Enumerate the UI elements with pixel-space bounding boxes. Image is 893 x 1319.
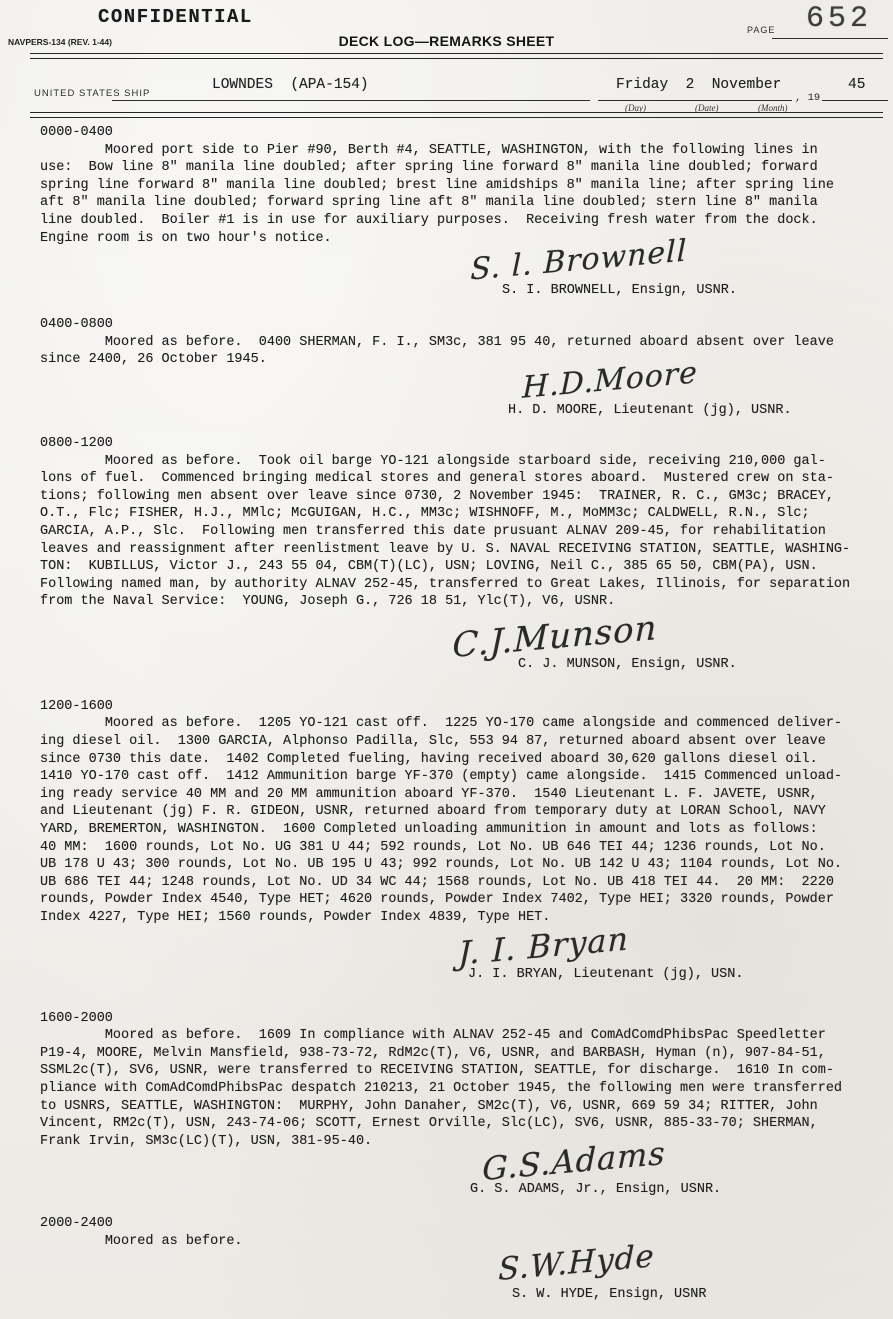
- signature-block: G.S.Adams G. S. ADAMS, Jr., Ensign, USNR…: [40, 1150, 875, 1215]
- log-entry-0800-1200: 0800-1200 Moored as before. Took oil bar…: [40, 435, 875, 698]
- signature-block: S. l. Brownell S. I. BROWNELL, Ensign, U…: [40, 247, 875, 316]
- signature-block: S.W.Hyde S. W. HYDE, Ensign, USNR: [40, 1251, 875, 1315]
- year-underline: [822, 100, 888, 101]
- header-rule-top: [30, 53, 883, 59]
- year-value: 45: [848, 77, 865, 93]
- year-prefix: , 19: [795, 92, 820, 104]
- entry-text: Moored as before. 1609 In compliance wit…: [40, 1027, 875, 1150]
- signature-typed: C. J. MUNSON, Ensign, USNR.: [518, 657, 737, 672]
- entry-time: 0400-0800: [40, 316, 875, 334]
- log-entry-1600-2000: 1600-2000 Moored as before. 1609 In comp…: [40, 1010, 875, 1216]
- header-rule-bottom: [30, 112, 883, 118]
- entry-text: Moored port side to Pier #90, Berth #4, …: [40, 142, 875, 248]
- ship-name: LOWNDES (APA-154): [212, 77, 369, 93]
- entry-text: Moored as before. 0400 SHERMAN, F. I., S…: [40, 334, 875, 369]
- document-title: DECK LOG—REMARKS SHEET: [0, 33, 893, 49]
- entry-text: Moored as before. Took oil barge YO-121 …: [40, 453, 875, 611]
- log-entry-2000-2400: 2000-2400 Moored as before. S.W.Hyde S. …: [40, 1215, 875, 1314]
- log-entry-0000-0400: 0000-0400 Moored port side to Pier #90, …: [40, 124, 875, 316]
- signature-typed: S. W. HYDE, Ensign, USNR: [512, 1287, 706, 1302]
- signature-block: H.D.Moore H. D. MOORE, Lieutenant (jg), …: [40, 369, 875, 435]
- entry-time: 1600-2000: [40, 1010, 875, 1028]
- log-entries: 0000-0400 Moored port side to Pier #90, …: [40, 124, 875, 1315]
- signature-typed: H. D. MOORE, Lieutenant (jg), USNR.: [508, 403, 792, 418]
- entry-time: 0800-1200: [40, 435, 875, 453]
- entry-text: Moored as before. 1205 YO-121 cast off. …: [40, 715, 875, 926]
- signature-block: J. I. Bryan J. I. BRYAN, Lieutenant (jg)…: [40, 927, 875, 1010]
- entry-time: 2000-2400: [40, 1215, 875, 1233]
- page-number-stamp: 652: [806, 2, 872, 36]
- entry-time: 0000-0400: [40, 124, 875, 142]
- signature-block: C.J.Munson C. J. MUNSON, Ensign, USNR.: [40, 611, 875, 698]
- signature-handwriting: J. I. Bryan: [458, 919, 629, 972]
- ship-name-underline: [112, 100, 590, 101]
- signature-typed: J. I. BRYAN, Lieutenant (jg), USN.: [468, 967, 743, 982]
- date-underline: [598, 100, 792, 101]
- classification-stamp: CONFIDENTIAL: [98, 6, 253, 28]
- log-entry-0400-0800: 0400-0800 Moored as before. 0400 SHERMAN…: [40, 316, 875, 435]
- signature-typed: S. I. BROWNELL, Ensign, USNR.: [502, 283, 737, 298]
- log-entry-1200-1600: 1200-1600 Moored as before. 1205 YO-121 …: [40, 698, 875, 1010]
- ship-label: UNITED STATES SHIP: [34, 88, 150, 99]
- signature-typed: G. S. ADAMS, Jr., Ensign, USNR.: [470, 1182, 721, 1197]
- entry-text: Moored as before.: [40, 1233, 875, 1251]
- entry-time: 1200-1600: [40, 698, 875, 716]
- date-value: Friday 2 November: [616, 77, 781, 93]
